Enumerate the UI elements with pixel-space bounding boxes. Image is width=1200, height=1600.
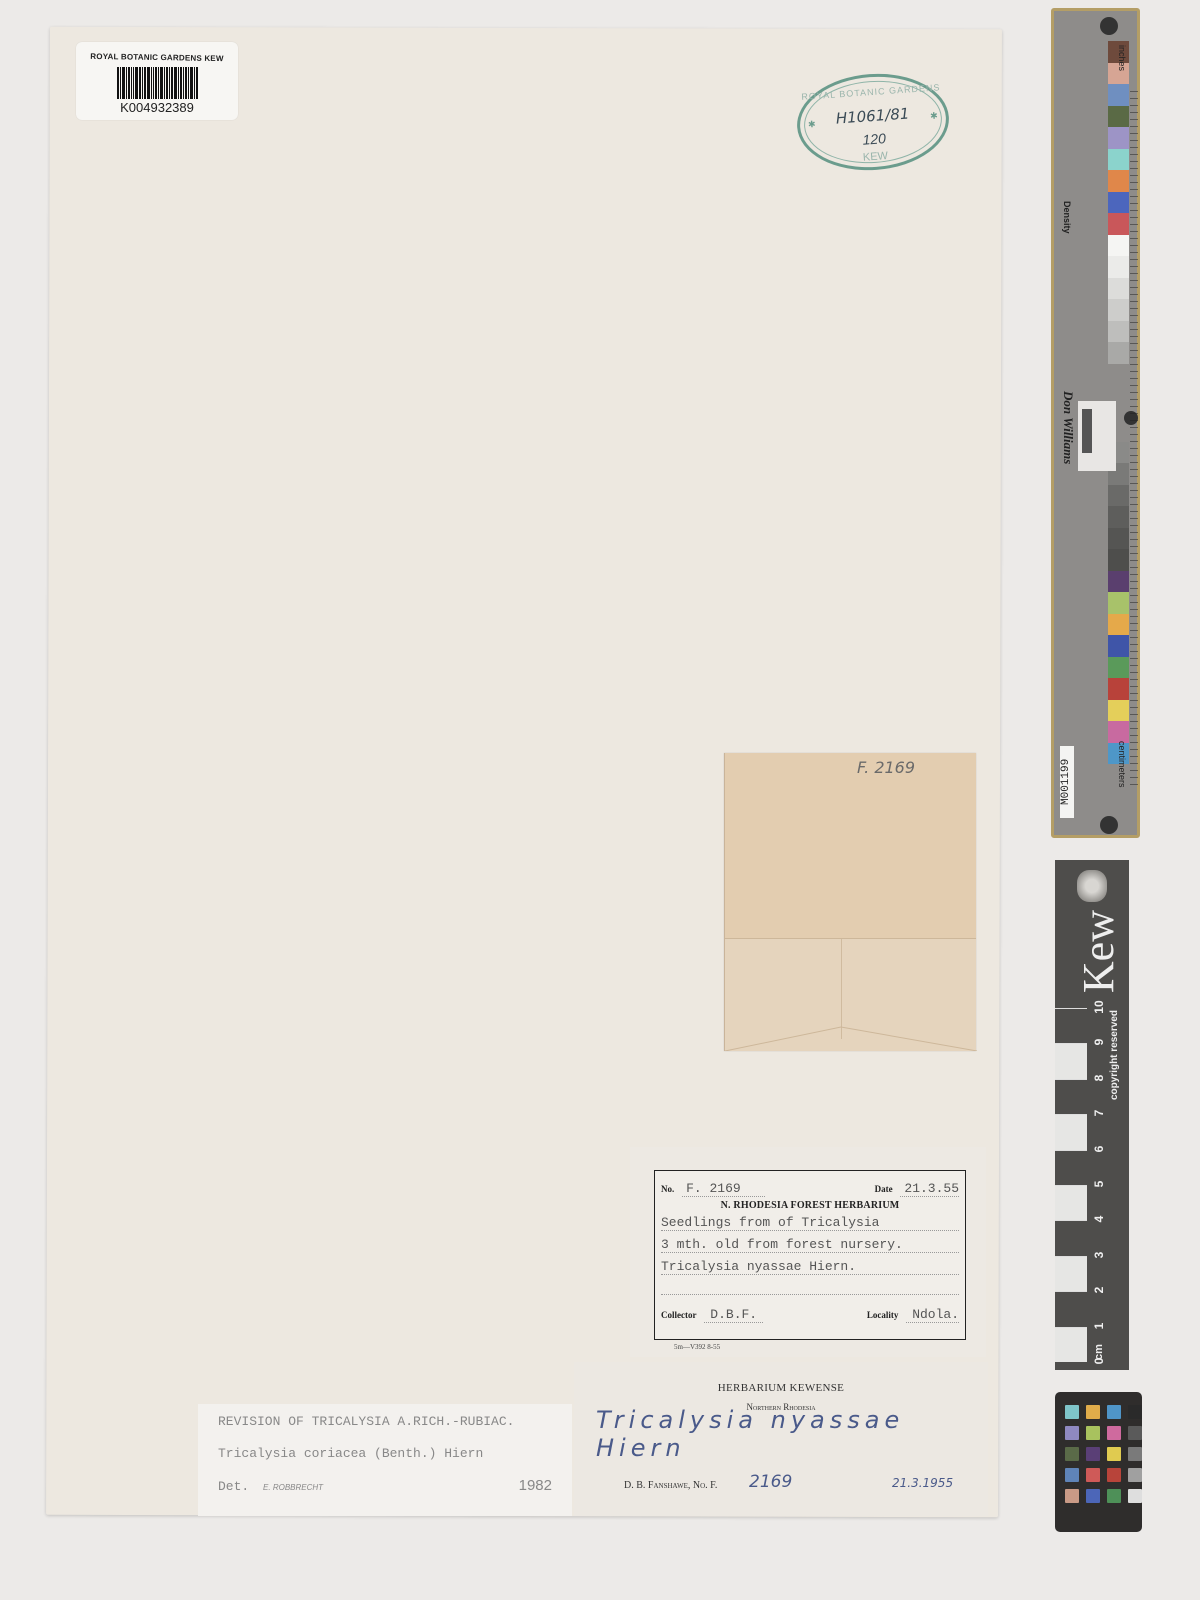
collector-field-value: D.B.F. <box>704 1307 763 1323</box>
color-patch <box>1108 299 1129 321</box>
color-patch <box>1108 614 1129 636</box>
printer-note: 5m—V392 8-55 <box>674 1343 720 1351</box>
collector-field-label: Collector <box>661 1310 696 1320</box>
star-icon: ✱ <box>930 110 938 121</box>
checker-patch <box>1107 1405 1121 1419</box>
determiner-name: E. ROBBRECHT <box>263 1483 323 1492</box>
determination-year: 1982 <box>519 1477 552 1494</box>
checker-patch <box>1086 1468 1100 1482</box>
color-patch <box>1108 149 1129 171</box>
ruler-segment <box>1055 1256 1087 1291</box>
revision-title: REVISION OF TRICALYSIA A.RICH.-RUBIAC. <box>218 1414 514 1429</box>
kewense-header: HERBARIUM KEWENSE <box>574 1382 988 1394</box>
color-patch <box>1108 342 1129 364</box>
color-patch <box>1108 127 1129 149</box>
fragment-envelope: F. 2169 <box>724 753 976 1051</box>
color-patch <box>1108 528 1129 550</box>
kew-crest-icon <box>1077 870 1107 902</box>
strip-id-label: M001199 <box>1060 746 1074 818</box>
collector-text: D. B. Fanshawe, No. F. <box>624 1480 717 1491</box>
kew-logo: Kew <box>1073 910 1124 993</box>
checker-patch <box>1086 1447 1100 1461</box>
kew-scale-bar: Kew 012345678910 copyright reserved cm <box>1055 860 1129 1370</box>
ruler-tick-label: 7 <box>1092 1105 1106 1121</box>
checker-patch <box>1107 1468 1121 1482</box>
collector-label: No. F. 2169 Date 21.3.55 N. RHODESIA FOR… <box>654 1170 966 1340</box>
ruler-segment <box>1055 1114 1087 1149</box>
color-patch <box>1108 485 1129 507</box>
density-label: Density <box>1062 201 1072 234</box>
checker-patch <box>1065 1489 1079 1503</box>
cm-ruler <box>1055 1008 1087 1362</box>
checker-patch <box>1065 1468 1079 1482</box>
ruler-tick-label: 6 <box>1092 1141 1106 1157</box>
ruler-segment <box>1055 1291 1087 1326</box>
label-line-2: 3 mth. old from forest nursery. <box>661 1237 959 1253</box>
checker-patch <box>1065 1405 1079 1419</box>
color-patch <box>1108 278 1129 300</box>
barcode-icon <box>104 67 210 99</box>
centimeters-label: centimeters <box>1117 741 1127 788</box>
barcode-number: K004932389 <box>76 100 238 115</box>
ruler-segment <box>1055 1043 1087 1078</box>
institution-name: ROYAL BOTANIC GARDENS KEW <box>76 52 238 64</box>
color-patch <box>1108 635 1129 657</box>
cm-ruler-numbers: 012345678910 <box>1091 1008 1107 1362</box>
color-patch <box>1108 549 1129 571</box>
checker-patch <box>1065 1426 1079 1440</box>
color-patch <box>1108 235 1129 257</box>
det-label: Det. <box>218 1479 249 1494</box>
checker-patch <box>1128 1426 1142 1440</box>
color-patch <box>1108 213 1129 235</box>
mini-color-checker <box>1055 1392 1142 1532</box>
color-patch <box>1108 721 1129 743</box>
checker-patch <box>1128 1447 1142 1461</box>
envelope-number: F. 2169 <box>857 758 915 777</box>
strip-hole-top <box>1100 17 1118 35</box>
checker-patch <box>1086 1489 1100 1503</box>
ruler-tick-label: 8 <box>1092 1070 1106 1086</box>
collection-date: 21.3.1955 <box>892 1476 953 1490</box>
ruler-tick-label: 2 <box>1092 1282 1106 1298</box>
herbarium-kewense-label: HERBARIUM KEWENSE Northern Rhodesia Tric… <box>574 1362 988 1516</box>
label-line-1: Seedlings from of Tricalysia <box>661 1215 959 1231</box>
determination-label: REVISION OF TRICALYSIA A.RICH.-RUBIAC. T… <box>198 1404 572 1516</box>
color-patch <box>1108 106 1129 128</box>
no-value: F. 2169 <box>682 1181 765 1197</box>
ruler-segment <box>1055 1079 1087 1114</box>
color-calibration-strip: inches centimeters Density Don Williams … <box>1051 8 1140 838</box>
determined-name: Tricalysia coriacea (Benth.) Hiern <box>218 1446 483 1461</box>
handwritten-species-name: Tricalysia nyassae Hiern <box>596 1406 988 1462</box>
checker-patch <box>1107 1426 1121 1440</box>
ruler-tick-label: 5 <box>1092 1176 1106 1192</box>
checker-patch <box>1128 1468 1142 1482</box>
cm-unit: cm <box>1093 1344 1105 1360</box>
ruler-tick-label: 1 <box>1092 1318 1106 1334</box>
checker-patch <box>1086 1405 1100 1419</box>
locality-field-label: Locality <box>867 1310 899 1320</box>
copyright-text: copyright reserved <box>1109 1010 1120 1100</box>
strip-ruler-ticks <box>1130 91 1138 791</box>
color-patch <box>1108 170 1129 192</box>
checker-patch <box>1128 1489 1142 1503</box>
collector-number: 2169 <box>749 1472 792 1492</box>
checker-patch <box>1128 1405 1142 1419</box>
ruler-tick-label: 10 <box>1092 999 1106 1015</box>
density-card-inset <box>1078 401 1116 471</box>
color-patch <box>1108 506 1129 528</box>
ruler-segment <box>1055 1150 1087 1185</box>
color-patch <box>1108 700 1129 722</box>
color-patch <box>1108 192 1129 214</box>
checker-patch <box>1086 1426 1100 1440</box>
star-icon: ✱ <box>808 119 816 130</box>
ruler-tick-label: 9 <box>1092 1034 1106 1050</box>
color-patch <box>1108 84 1129 106</box>
ruler-segment <box>1055 1185 1087 1220</box>
stamp-code: H1061/81 <box>799 102 946 130</box>
strip-hole-bottom <box>1100 816 1118 834</box>
color-patch <box>1108 321 1129 343</box>
ruler-segment <box>1055 1220 1087 1255</box>
checker-patch <box>1107 1489 1121 1503</box>
envelope-flap <box>725 753 976 939</box>
color-patch <box>1108 571 1129 593</box>
color-patch <box>1108 592 1129 614</box>
label-line-3: Tricalysia nyassae Hiern. <box>661 1259 959 1275</box>
date-label: Date <box>875 1184 893 1194</box>
barcode-label: ROYAL BOTANIC GARDENS KEW K004932389 <box>76 42 238 120</box>
color-patch <box>1108 657 1129 679</box>
label-line-4 <box>661 1281 959 1295</box>
ruler-segment <box>1055 1008 1087 1043</box>
locality-field-value: Ndola. <box>906 1307 959 1323</box>
brand-name: Don Williams <box>1060 391 1076 464</box>
ruler-tick-label: 4 <box>1092 1211 1106 1227</box>
checker-patch <box>1065 1447 1079 1461</box>
checker-patch <box>1107 1447 1121 1461</box>
ruler-segment <box>1055 1327 1087 1362</box>
herbarium-title: N. RHODESIA FOREST HERBARIUM <box>655 1200 965 1211</box>
date-value: 21.3.55 <box>900 1181 959 1197</box>
no-label: No. <box>661 1184 674 1194</box>
color-patch <box>1108 256 1129 278</box>
color-patch <box>1108 678 1129 700</box>
inches-label: inches <box>1117 45 1127 71</box>
envelope-fold-lines <box>725 939 977 1051</box>
ruler-tick-label: 3 <box>1092 1247 1106 1263</box>
